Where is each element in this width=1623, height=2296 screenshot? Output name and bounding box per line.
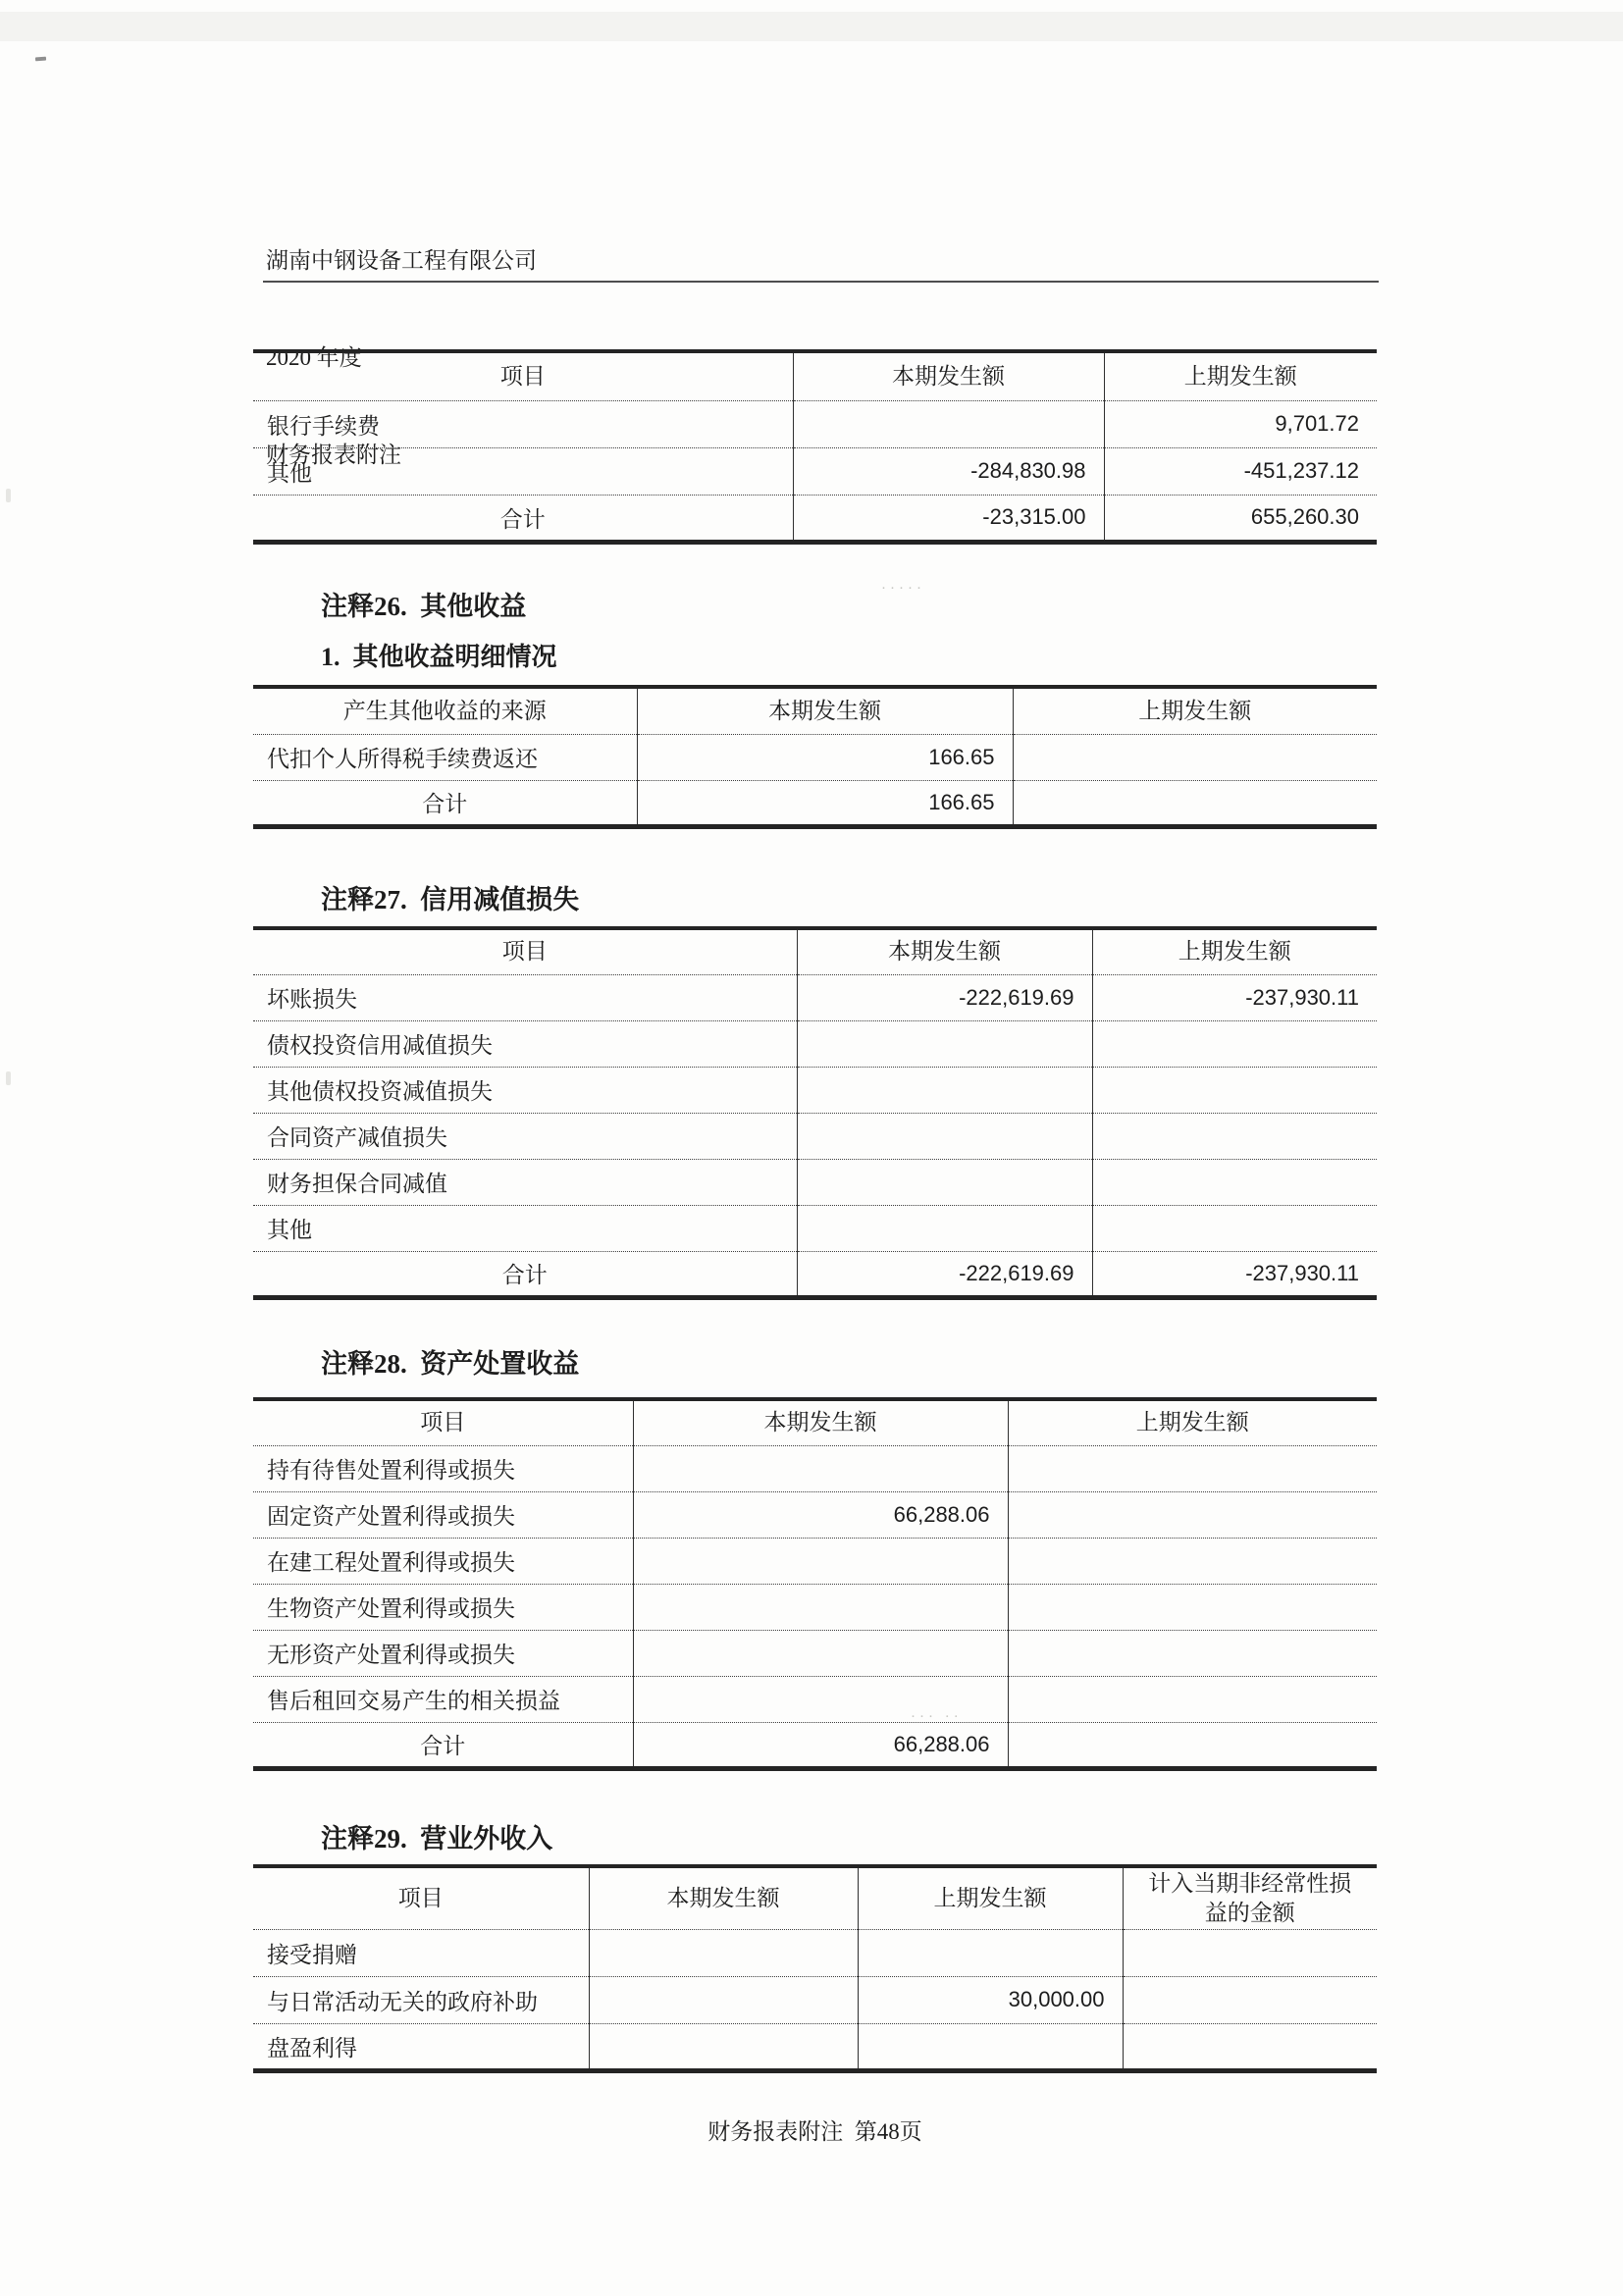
page-footer: 财务报表附注 第48页 <box>253 2113 1377 2146</box>
row-label: 在建工程处置利得或损失 <box>253 1538 633 1584</box>
table-row: 售后租回交易产生的相关损益 <box>253 1676 1377 1722</box>
cell-current <box>797 1159 1092 1205</box>
company-name: 湖南中钢设备工程有限公司 <box>266 244 537 277</box>
row-label: 无形资产处置利得或损失 <box>253 1630 633 1676</box>
cell-prior <box>858 2023 1123 2070</box>
row-label: 银行手续费 <box>253 400 793 447</box>
note27-title: 注释27. 信用减值损失 <box>321 878 579 916</box>
cell-current: -284,830.98 <box>793 447 1104 495</box>
cell-current: -23,315.00 <box>793 495 1104 542</box>
row-label: 其他 <box>253 447 793 495</box>
scan-artifact <box>6 1071 11 1085</box>
table-row: 接受捐赠 <box>253 1929 1377 1976</box>
row-label: 售后租回交易产生的相关损益 <box>253 1676 633 1722</box>
cell-prior: 9,701.72 <box>1104 400 1377 447</box>
cell-prior <box>1008 1630 1377 1676</box>
note28-title: 注释28. 资产处置收益 <box>321 1342 579 1381</box>
col-header-current: 本期发生额 <box>589 1866 858 1929</box>
table-total-row: 合计 -23,315.00 655,260.30 <box>253 495 1377 542</box>
cell-current <box>797 1113 1092 1159</box>
cell-prior <box>1013 780 1377 826</box>
col-header-prior: 上期发生额 <box>1104 351 1377 400</box>
cell-prior <box>1008 1538 1377 1584</box>
cell-current: -222,619.69 <box>797 974 1092 1020</box>
cell-current: -222,619.69 <box>797 1251 1092 1297</box>
cell-prior <box>1008 1445 1377 1491</box>
row-label: 坏账损失 <box>253 974 797 1020</box>
cell-prior: -451,237.12 <box>1104 447 1377 495</box>
cell-nonrecurring <box>1123 2023 1377 2070</box>
col-header-item: 产生其他收益的来源 <box>253 687 637 734</box>
cell-prior: 655,260.30 <box>1104 495 1377 542</box>
row-label: 持有待售处置利得或损失 <box>253 1445 633 1491</box>
cell-prior <box>858 1929 1123 1976</box>
table-total-row: 合计 66,288.06 <box>253 1722 1377 1768</box>
note28-table: 项目 本期发生额 上期发生额 持有待售处置利得或损失 固定资产处置利得或损失 6… <box>253 1397 1377 1771</box>
row-label: 财务担保合同减值 <box>253 1159 797 1205</box>
row-label: 其他债权投资减值损失 <box>253 1067 797 1113</box>
scan-artifact: ····· <box>881 581 925 598</box>
cell-prior <box>1008 1584 1377 1630</box>
table-row: 无形资产处置利得或损失 <box>253 1630 1377 1676</box>
col-header-nonrecurring: 计入当期非经常性损益的金额 <box>1123 1866 1377 1929</box>
row-label: 盘盈利得 <box>253 2023 589 2070</box>
col-header-item: 项目 <box>253 351 793 400</box>
table-header-row: 产生其他收益的来源 本期发生额 上期发生额 <box>253 687 1377 734</box>
cell-current: 166.65 <box>637 734 1013 780</box>
document-page: ····· ··· ·· 湖南中钢设备工程有限公司 2020 年度 财务报表附注… <box>0 0 1623 2296</box>
cell-current <box>633 1538 1008 1584</box>
note26-subtitle: 1. 其他收益明细情况 <box>321 637 557 673</box>
table-row: 代扣个人所得税手续费返还 166.65 <box>253 734 1377 780</box>
table-row: 坏账损失 -222,619.69 -237,930.11 <box>253 974 1377 1020</box>
cell-prior <box>1092 1067 1377 1113</box>
row-label: 与日常活动无关的政府补助 <box>253 1976 589 2023</box>
cell-prior <box>1092 1020 1377 1067</box>
table-row: 债权投资信用减值损失 <box>253 1020 1377 1067</box>
scan-artifact <box>35 57 46 62</box>
scan-artifact <box>6 489 11 502</box>
row-label: 生物资产处置利得或损失 <box>253 1584 633 1630</box>
table-header-row: 项目 本期发生额 上期发生额 计入当期非经常性损益的金额 <box>253 1866 1377 1929</box>
cell-current <box>797 1067 1092 1113</box>
cell-prior: 30,000.00 <box>858 1976 1123 2023</box>
table-row: 在建工程处置利得或损失 <box>253 1538 1377 1584</box>
table-row: 其他 <box>253 1205 1377 1251</box>
cell-current <box>797 1020 1092 1067</box>
row-label: 代扣个人所得税手续费返还 <box>253 734 637 780</box>
col-header-item: 项目 <box>253 928 797 974</box>
table-row: 固定资产处置利得或损失 66,288.06 <box>253 1491 1377 1538</box>
row-label: 固定资产处置利得或损失 <box>253 1491 633 1538</box>
col-header-current: 本期发生额 <box>633 1399 1008 1445</box>
header-rule <box>263 281 1379 283</box>
row-label: 债权投资信用减值损失 <box>253 1020 797 1067</box>
cell-current: 66,288.06 <box>633 1491 1008 1538</box>
cell-prior: -237,930.11 <box>1092 1251 1377 1297</box>
note26-table: 产生其他收益的来源 本期发生额 上期发生额 代扣个人所得税手续费返还 166.6… <box>253 685 1377 829</box>
col-header-current: 本期发生额 <box>637 687 1013 734</box>
col-header-current: 本期发生额 <box>797 928 1092 974</box>
table-row: 持有待售处置利得或损失 <box>253 1445 1377 1491</box>
note26-title: 注释26. 其他收益 <box>321 585 526 623</box>
cell-prior <box>1092 1205 1377 1251</box>
cell-current: 166.65 <box>637 780 1013 826</box>
col-header-prior: 上期发生额 <box>1008 1399 1377 1445</box>
scan-edge-band <box>0 12 1623 41</box>
table-row: 盘盈利得 <box>253 2023 1377 2070</box>
cell-current <box>797 1205 1092 1251</box>
table-row: 银行手续费 9,701.72 <box>253 400 1377 447</box>
table-header-row: 项目 本期发生额 上期发生额 <box>253 928 1377 974</box>
cell-prior <box>1008 1491 1377 1538</box>
col-header-prior: 上期发生额 <box>1013 687 1377 734</box>
cell-current <box>793 400 1104 447</box>
table-row: 生物资产处置利得或损失 <box>253 1584 1377 1630</box>
cell-prior <box>1008 1722 1377 1768</box>
table-row: 其他 -284,830.98 -451,237.12 <box>253 447 1377 495</box>
col-header-prior: 上期发生额 <box>858 1866 1123 1929</box>
row-label: 其他 <box>253 1205 797 1251</box>
col-header-prior: 上期发生额 <box>1092 928 1377 974</box>
cell-prior <box>1092 1113 1377 1159</box>
row-label: 合同资产减值损失 <box>253 1113 797 1159</box>
cell-current <box>633 1630 1008 1676</box>
table-header-row: 项目 本期发生额 上期发生额 <box>253 1399 1377 1445</box>
cell-prior <box>1008 1676 1377 1722</box>
cell-current <box>633 1445 1008 1491</box>
table-total-row: 合计 166.65 <box>253 780 1377 826</box>
table-row: 其他债权投资减值损失 <box>253 1067 1377 1113</box>
cell-nonrecurring <box>1123 1929 1377 1976</box>
cell-current <box>633 1676 1008 1722</box>
cell-prior <box>1092 1159 1377 1205</box>
cell-current: 66,288.06 <box>633 1722 1008 1768</box>
note29-table: 项目 本期发生额 上期发生额 计入当期非经常性损益的金额 接受捐赠 与日常活动无… <box>253 1864 1377 2073</box>
total-label: 合计 <box>253 780 637 826</box>
cell-prior: -237,930.11 <box>1092 974 1377 1020</box>
col-header-current: 本期发生额 <box>793 351 1104 400</box>
cell-current <box>589 2023 858 2070</box>
table-header-row: 项目 本期发生额 上期发生额 <box>253 351 1377 400</box>
note29-title: 注释29. 营业外收入 <box>321 1817 552 1855</box>
col-header-item: 项目 <box>253 1399 633 1445</box>
cell-current <box>589 1976 858 2023</box>
cell-current <box>589 1929 858 1976</box>
prev-note-table: 项目 本期发生额 上期发生额 银行手续费 9,701.72 其他 -284,83… <box>253 349 1377 545</box>
table-total-row: 合计 -222,619.69 -237,930.11 <box>253 1251 1377 1297</box>
cell-current <box>633 1584 1008 1630</box>
cell-nonrecurring <box>1123 1976 1377 2023</box>
table-row: 与日常活动无关的政府补助 30,000.00 <box>253 1976 1377 2023</box>
total-label: 合计 <box>253 1251 797 1297</box>
table-row: 合同资产减值损失 <box>253 1113 1377 1159</box>
cell-prior <box>1013 734 1377 780</box>
total-label: 合计 <box>253 1722 633 1768</box>
row-label: 接受捐赠 <box>253 1929 589 1976</box>
note27-table: 项目 本期发生额 上期发生额 坏账损失 -222,619.69 -237,930… <box>253 926 1377 1300</box>
col-header-item: 项目 <box>253 1866 589 1929</box>
total-label: 合计 <box>253 495 793 542</box>
table-row: 财务担保合同减值 <box>253 1159 1377 1205</box>
